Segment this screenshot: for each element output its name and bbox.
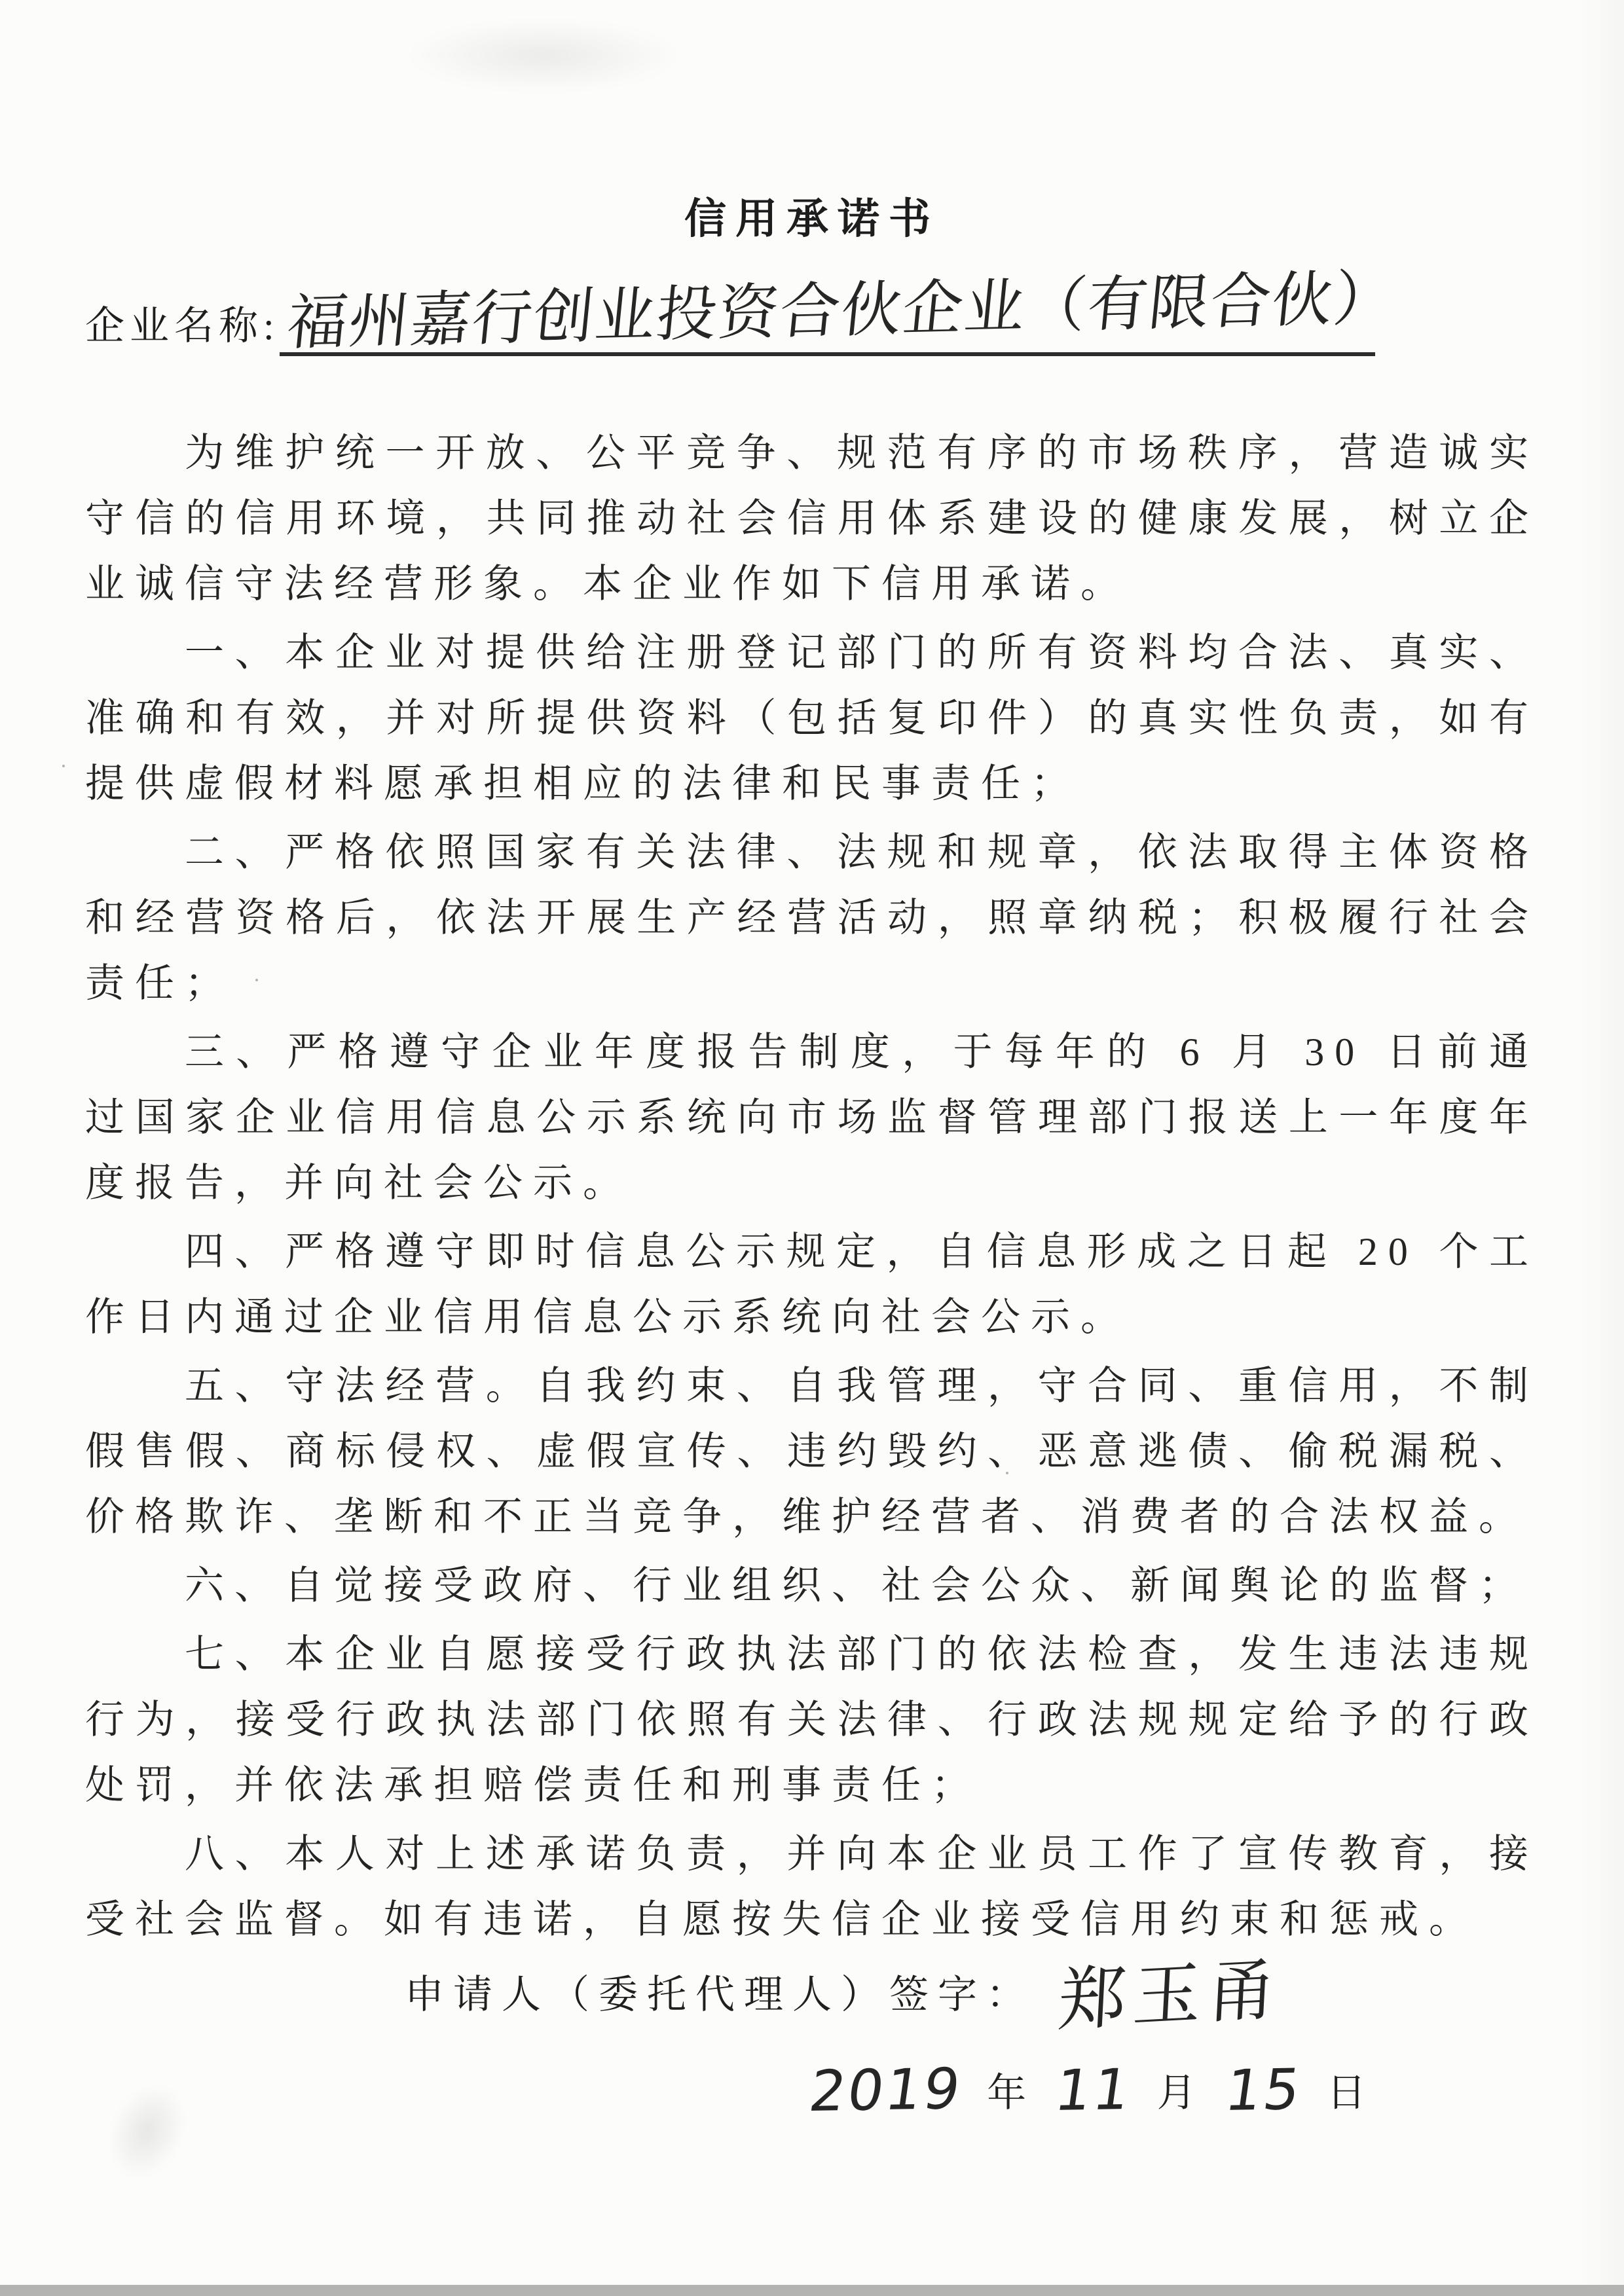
company-name-handwritten: 福州嘉行创业投资合伙企业（有限合伙） [284, 259, 1399, 363]
intro-paragraph: 为维护统一开放、公平竞争、规范有序的市场秩序，营造诚实守信的信用环境，共同推动社… [85, 420, 1539, 617]
scan-speck [62, 765, 65, 767]
scan-edge-shading [1578, 0, 1624, 2296]
clause-paragraph-3: 三、严格遵守企业年度报告制度，于每年的 6 月 30 日前通过国家企业信用信息公… [85, 1019, 1539, 1216]
signature-handwritten: 郑玉甬 [1056, 1953, 1283, 2037]
date-month-handwritten: 11 [1050, 2050, 1137, 2130]
clause-paragraph-8: 八、本人对上述承诺负责，并向本企业员工作了宣传教育，接受社会监督。如有违诺，自愿… [85, 1821, 1539, 1952]
date-day-label: 日 [1327, 2071, 1370, 2115]
company-name-row: 企业名称: 福州嘉行创业投资合伙企业（有限合伙） [85, 296, 1539, 356]
company-name-underline: 福州嘉行创业投资合伙企业（有限合伙） [280, 292, 1375, 356]
clause-paragraph-7: 七、本企业自愿接受行政执法部门的依法检查，发生违法违规行为，接受行政执法部门依照… [85, 1622, 1539, 1818]
date-row: 2019 年 11 月 15 日 [85, 2048, 1539, 2132]
clause-paragraph-6: 六、自觉接受政府、行业组织、社会公众、新闻舆论的监督； [85, 1553, 1539, 1618]
clause-paragraph-5: 五、守法经营。自我约束、自我管理，守合同、重信用，不制假售假、商标侵权、虚假宣传… [85, 1353, 1539, 1550]
scan-smudge-artifact [406, 20, 681, 92]
clause-paragraph-4: 四、严格遵守即时信息公示规定，自信息形成之日起 20 个工作日内通过企业信用信息… [85, 1219, 1539, 1350]
date-year-handwritten: 2019 [804, 2050, 967, 2131]
clause-paragraph-2: 二、严格依照国家有关法律、法规和规章，依法取得主体资格和经营资格后，依法开展生产… [85, 820, 1539, 1016]
company-name-label: 企业名称: [85, 296, 280, 356]
date-month-label: 月 [1157, 2071, 1200, 2115]
scanned-document-page: 信用承诺书 企业名称: 福州嘉行创业投资合伙企业（有限合伙） 为维护统一开放、公… [0, 0, 1624, 2296]
date-year-label: 年 [987, 2071, 1030, 2115]
document-body: 信用承诺书 企业名称: 福州嘉行创业投资合伙企业（有限合伙） 为维护统一开放、公… [85, 196, 1539, 2132]
document-title: 信用承诺书 [85, 196, 1539, 242]
signature-row: 申请人（委托代理人）签字： 郑玉甬 [85, 1959, 1539, 2031]
clause-paragraph-1: 一、本企业对提供给注册登记部门的所有资料均合法、真实、准确和有效，并对所提供资料… [85, 620, 1539, 816]
date-day-handwritten: 15 [1220, 2050, 1307, 2130]
scanner-edge-strip [0, 2285, 1624, 2296]
signature-label: 申请人（委托代理人）签字： [405, 1959, 1035, 2031]
